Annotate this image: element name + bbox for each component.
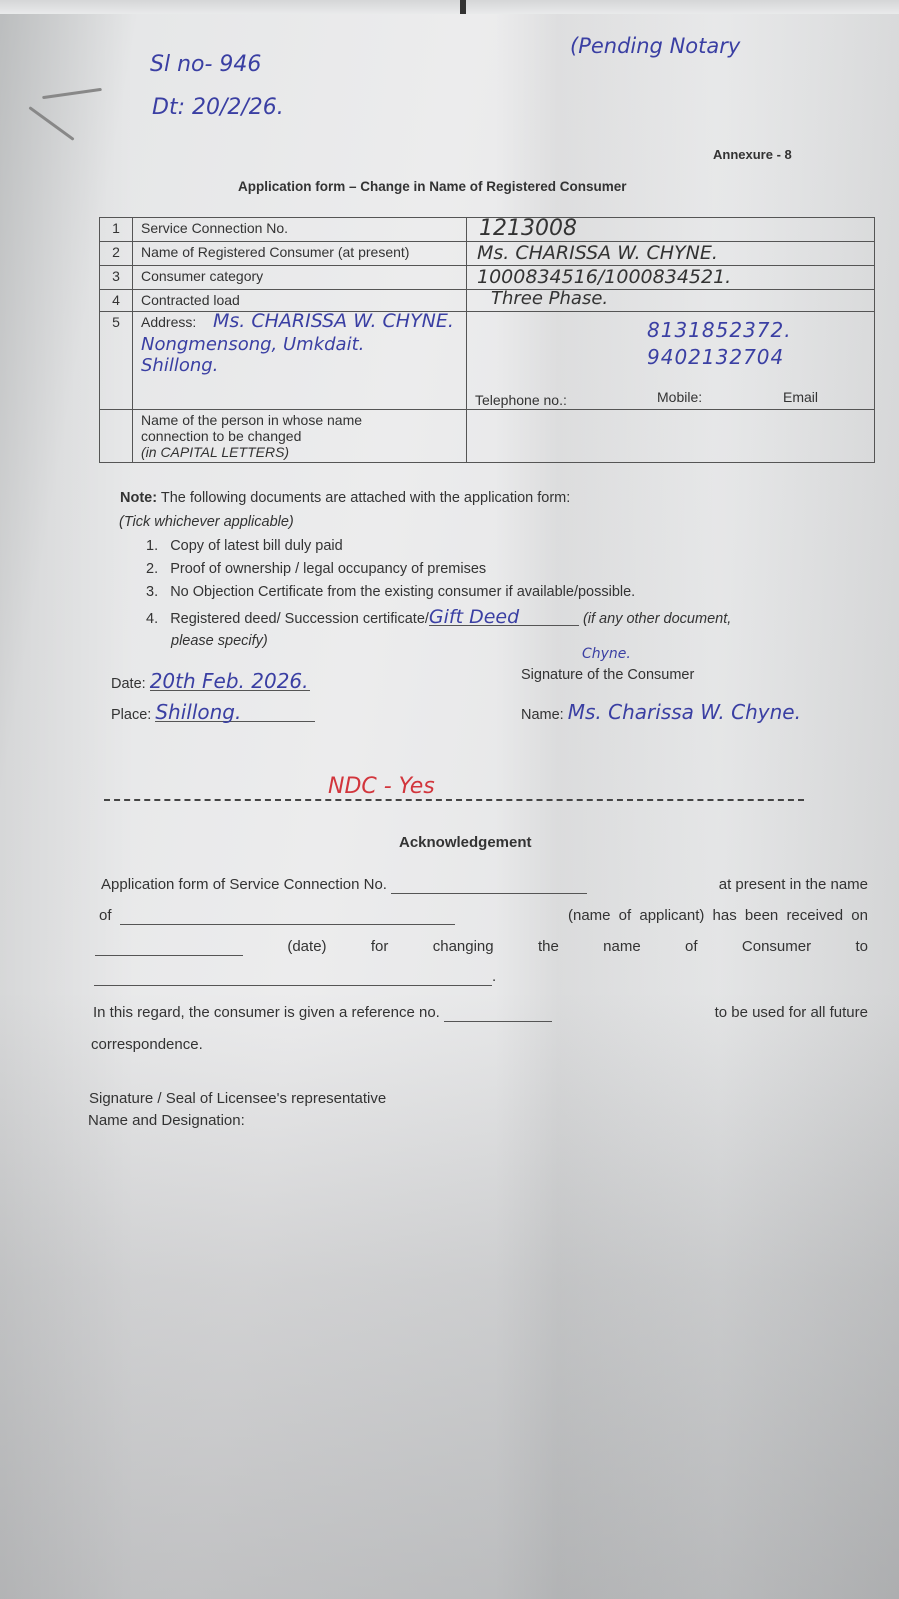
ack-line-6: correspondence. (91, 1036, 203, 1053)
consumer-category-field[interactable]: 1000834516/1000834521. (467, 266, 875, 290)
ack-date-field[interactable] (95, 938, 243, 956)
row-number: 2 (100, 242, 133, 266)
ack-line-1: Application form of Service Connection N… (101, 876, 868, 894)
table-row-new-name: Name of the person in whose name connect… (100, 410, 875, 463)
document-item[interactable]: 4. Registered deed/ Succession certifica… (146, 609, 731, 627)
ack-word: name (603, 938, 641, 956)
place-field[interactable]: Shillong. (155, 703, 315, 722)
ack-text: to be used for all future (715, 1004, 868, 1022)
consumer-signature[interactable]: Chyne. (582, 646, 631, 662)
mobile-number-2[interactable]: 9402132704 (647, 345, 784, 369)
licensee-signature-label: Signature / Seal of Licensee's represent… (89, 1090, 386, 1107)
note-subtext: (Tick whichever applicable) (119, 514, 294, 530)
licensee-name-designation-label: Name and Designation: (88, 1112, 245, 1129)
ack-line-3: (date) for changing the name of Consumer… (95, 938, 868, 956)
binder-clip (460, 0, 466, 14)
row-number: 3 (100, 266, 133, 290)
ack-line-4: . (94, 968, 496, 986)
form-title: Application form – Change in Name of Reg… (238, 179, 627, 194)
table-row: 4 Contracted load Three Phase. (100, 290, 875, 312)
item-text: No Objection Certificate from the existi… (170, 584, 635, 600)
ack-reference-no-field[interactable] (444, 1004, 552, 1022)
pencil-mark (28, 106, 74, 141)
ack-word: changing (433, 938, 494, 956)
contracted-load-field[interactable]: Three Phase. (467, 290, 875, 312)
row-label: Name of Registered Consumer (at present) (133, 242, 467, 266)
acknowledgement-title: Acknowledgement (399, 834, 532, 851)
document-item[interactable]: 3. No Objection Certificate from the exi… (146, 584, 635, 600)
note-body: The following documents are attached wit… (161, 490, 570, 506)
address-line-2: Nongmensong, Umkdait. (141, 334, 458, 355)
table-row-address: 5 Address: Ms. CHARISSA W. CHYNE. Nongme… (100, 312, 875, 410)
ack-applicant-name-field[interactable] (120, 907, 455, 925)
service-connection-no-field[interactable]: 1213008 (467, 218, 875, 242)
ack-word: to (855, 938, 868, 956)
ack-word: Consumer (742, 938, 811, 956)
pending-notary-note: (Pending Notary (570, 34, 740, 58)
item-number: 2. (146, 561, 158, 577)
address-line-1: Ms. CHARISSA W. CHYNE. (213, 310, 454, 332)
ack-word: (date) (287, 938, 326, 956)
ack-text: at present in the name (719, 876, 868, 894)
name-field[interactable]: Ms. Charissa W. Chyne. (568, 700, 801, 724)
serial-number-note: Sl no- 946 (150, 52, 261, 77)
mobile-number-1[interactable]: 8131852372. (647, 318, 792, 342)
ack-text: of (99, 907, 112, 924)
document-page: Sl no- 946 Dt: 20/2/26. (Pending Notary … (0, 0, 899, 1599)
annexure-label: Annexure - 8 (713, 147, 792, 162)
new-name-label: Name of the person in whose name connect… (133, 410, 467, 463)
document-item[interactable]: 2. Proof of ownership / legal occupancy … (146, 561, 486, 577)
date-field[interactable]: 20th Feb. 2026. (150, 672, 310, 691)
table-row: 1 Service Connection No. 1213008 (100, 218, 875, 242)
other-document-field[interactable]: Gift Deed (429, 609, 579, 626)
row-number: 5 (100, 312, 133, 410)
ack-word: of (685, 938, 698, 956)
row-number: 1 (100, 218, 133, 242)
address-line-3: Shillong. (141, 355, 458, 376)
ack-text: In this regard, the consumer is given a … (93, 1004, 440, 1021)
ack-word: for (371, 938, 389, 956)
ack-text: Application form of Service Connection N… (101, 876, 387, 893)
new-name-field[interactable] (467, 410, 875, 463)
registered-consumer-name-field[interactable]: Ms. CHARISSA W. CHYNE. (467, 242, 875, 266)
table-row: 2 Name of Registered Consumer (at presen… (100, 242, 875, 266)
item-text: Registered deed/ Succession certificate/ (170, 611, 429, 627)
name-label: Name: (521, 707, 564, 723)
row-label: Consumer category (133, 266, 467, 290)
item-continuation: please specify) (171, 633, 268, 649)
ack-word: the (538, 938, 559, 956)
address-field[interactable]: Address: Ms. CHARISSA W. CHYNE. Nongmens… (133, 312, 467, 410)
email-label: Email (783, 389, 818, 405)
item-number: 3. (146, 584, 158, 600)
table-row: 3 Consumer category 1000834516/100083452… (100, 266, 875, 290)
date-label: Date: (111, 676, 146, 692)
ack-text: (name of applicant) has been received on (568, 907, 868, 925)
new-name-label-line: (in CAPITAL LETTERS) (141, 444, 458, 460)
mobile-label: Mobile: (657, 389, 702, 405)
row-label: Contracted load (133, 290, 467, 312)
place-row: Place: Shillong. (111, 703, 315, 723)
new-name-label-line: Name of the person in whose name (141, 412, 458, 428)
document-item[interactable]: 1. Copy of latest bill duly paid (146, 538, 343, 554)
item-suffix: (if any other document, (583, 611, 731, 627)
date-row: Date: 20th Feb. 2026. (111, 672, 310, 692)
date-note: Dt: 20/2/26. (152, 95, 284, 120)
row-number: 4 (100, 290, 133, 312)
row-label: Service Connection No. (133, 218, 467, 242)
page-top-edge (0, 0, 899, 14)
ack-new-consumer-field[interactable] (94, 968, 492, 986)
pencil-mark (42, 88, 102, 99)
contact-cell: 8131852372. 9402132704 Telephone no.: Mo… (467, 312, 875, 410)
address-label: Address: (141, 314, 196, 330)
note-prefix: Note: (120, 490, 157, 506)
section-divider (104, 799, 804, 801)
ndc-note: NDC - Yes (328, 774, 435, 799)
item-text: Proof of ownership / legal occupancy of … (170, 561, 486, 577)
note-text: Note: The following documents are attach… (120, 490, 570, 506)
signature-label: Signature of the Consumer (521, 667, 694, 683)
item-text: Copy of latest bill duly paid (170, 538, 343, 554)
application-form-table: 1 Service Connection No. 1213008 2 Name … (99, 217, 875, 463)
item-number: 1. (146, 538, 158, 554)
telephone-label: Telephone no.: (475, 392, 567, 408)
ack-connection-no-field[interactable] (391, 876, 587, 894)
place-label: Place: (111, 707, 151, 723)
ack-line-2: of (name of applicant) has been received… (99, 907, 868, 925)
row-number-empty (100, 410, 133, 463)
new-name-label-line: connection to be changed (141, 428, 458, 444)
name-row: Name: Ms. Charissa W. Chyne. (521, 700, 801, 724)
ack-line-5: In this regard, the consumer is given a … (93, 1004, 868, 1022)
item-number: 4. (146, 611, 158, 627)
